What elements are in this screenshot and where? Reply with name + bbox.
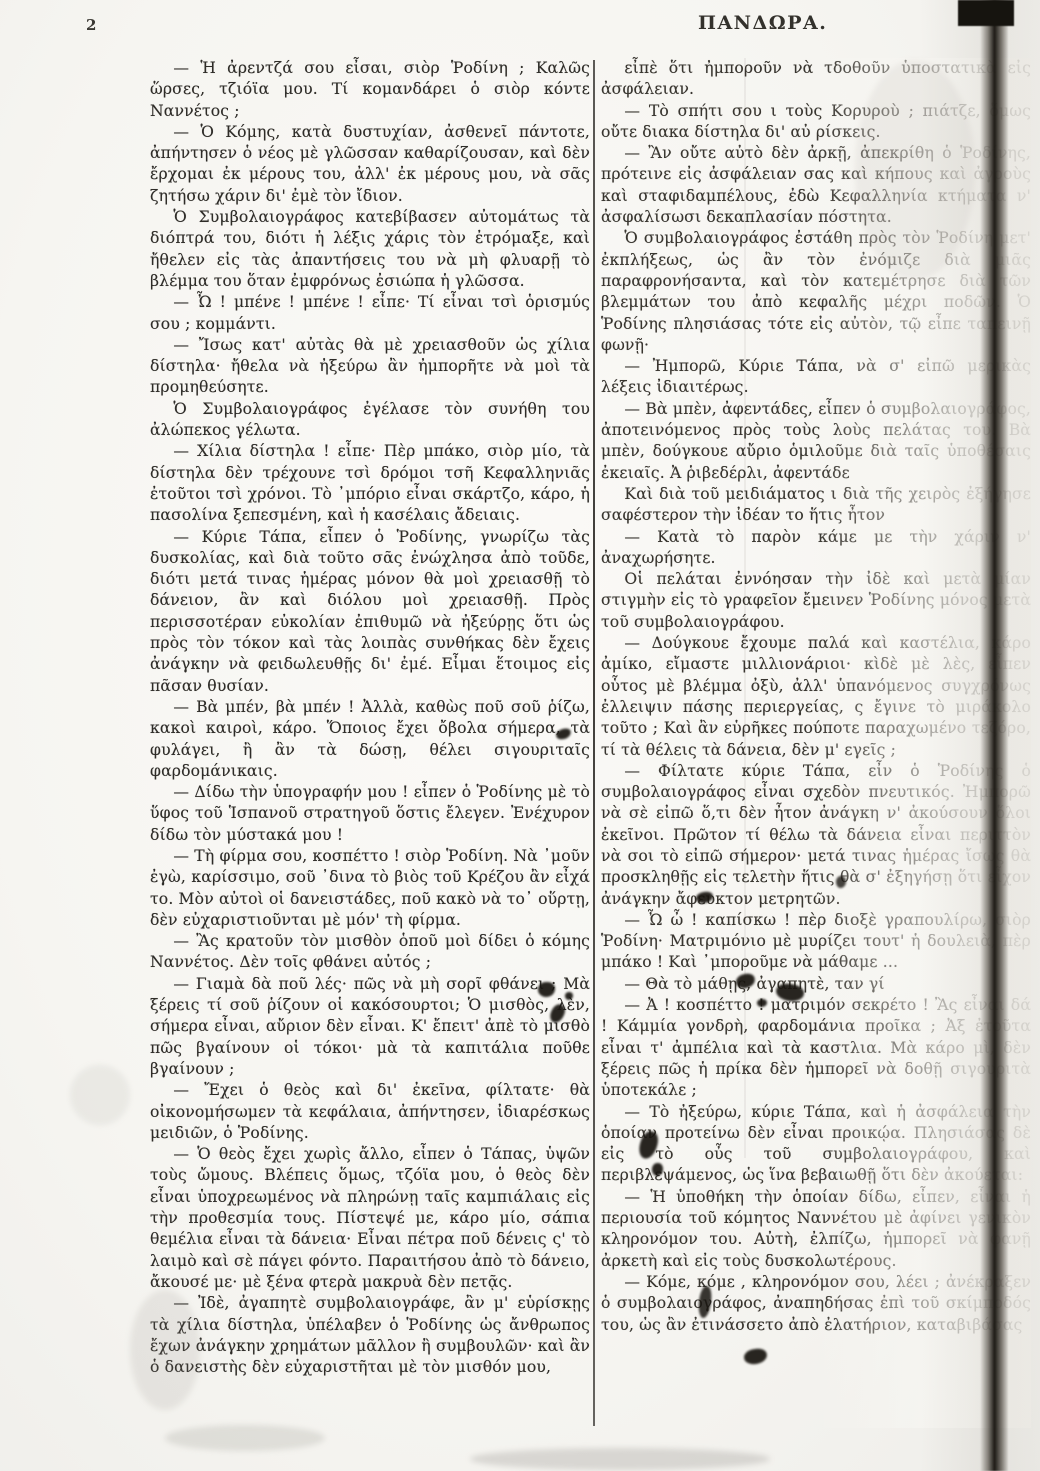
paragraph: — Ὦ ! μπένε ! μπένε ! εἶπε· Τί εἶναι τσὶ…	[150, 292, 590, 335]
header-title: ΠΑΝΔΩΡΑ.	[698, 12, 827, 34]
page-number: 2	[86, 16, 96, 34]
paragraph: — Κόμε, κόμε , κληρονόμον σου, λέει ; ἀν…	[601, 1272, 1031, 1336]
paragraph: — Ἠμπορῶ, Κύριε Τάπα, νὰ σ' εἰπῶ μερικὰς…	[601, 356, 1031, 399]
paragraph: — Θὰ τὸ μάθῃς, ἀγαπητὲ, ταν γί	[601, 974, 1031, 995]
paragraph: — Τὸ ἠξεύρω, κύριε Τάπα, καὶ ἡ ἀσφάλεια …	[601, 1102, 1031, 1187]
paragraph: — Ὁ θεὸς ἔχει χωρὶς ἄλλο, εἶπεν ὁ Τάπας,…	[150, 1144, 590, 1293]
paragraph: — Γιαμὰ δὰ ποῦ λές· πῶς νὰ μὴ σορῖ φθάνε…	[150, 974, 590, 1080]
paragraph: — Βὰ μπέν, βὰ μπέν ! Ἀλλὰ, καθὼς ποῦ σοῦ…	[150, 697, 590, 782]
paragraph: — Βὰ μπὲν, ἀφεντάδες, εἶπεν ὁ συμβολαιογ…	[601, 399, 1031, 484]
paragraph: Καὶ διὰ τοῦ μειδιάματος ι διὰ τῆς χειρὸς…	[601, 484, 1031, 527]
paragraph: — Χίλια δίστηλα ! εἶπε· Πὲρ μπάκο, σιὸρ …	[150, 441, 590, 526]
binding-edge	[980, 0, 1008, 1471]
text-column-left: — Ἡ ἀρεντζά σου εἶσαι, σιὸρ Ῥοδίνη ; Καλ…	[150, 58, 590, 1378]
column-divider	[593, 60, 595, 1426]
paragraph: — Ἡ ἀρεντζά σου εἶσαι, σιὸρ Ῥοδίνη ; Καλ…	[150, 58, 590, 122]
paragraph: — Ἔχει ὁ θεὸς καὶ δι' ἐκεῖνα, φίλτατε· θ…	[150, 1080, 590, 1144]
paragraph: εἶπὲ ὅτι ἠμποροῦν νὰ τδοθοῦν ὑποστατικὰ …	[601, 58, 1031, 101]
paragraph: — Φίλτατε κύριε Τάπα, εἶν ὁ Ῥοδίνης ὁ συ…	[601, 761, 1031, 910]
paragraph: — Κατὰ τὸ παρὸν κάμε με τὴν χάριν ν' ἀνα…	[601, 527, 1031, 570]
paragraph: — Ὁ Κόμης, κατὰ δυστυχίαν, ἀσθενεῖ πάντο…	[150, 122, 590, 207]
paragraph: — Δίδω τὴν ὑπογραφήν μου ! εἶπεν ὁ Ῥοδίν…	[150, 782, 590, 846]
scanned-page: 2 ΠΑΝΔΩΡΑ. — Ἡ ἀρεντζά σου εἶσαι, σιὸρ Ῥ…	[0, 0, 1040, 1471]
paragraph: — Τὴ φίρμα σου, κοσπέττο ! σιὸρ Ῥοδίνη. …	[150, 846, 590, 931]
paragraph: Ὁ Συμβολαιογράφος ἐγέλασε τὸν συνήθη του…	[150, 399, 590, 442]
text-column-right: εἶπὲ ὅτι ἠμποροῦν νὰ τδοθοῦν ὑποστατικὰ …	[601, 58, 1031, 1336]
pencil-smudge	[70, 1065, 130, 1125]
binding-edge-top	[958, 0, 1014, 26]
paper-crease	[744, 58, 746, 1158]
paragraph: — Ἂς κρατοῦν τὸν μισθὸν ὁποῦ μοὶ δίδει ὁ…	[150, 931, 590, 974]
paragraph: Ὁ συμβολαιογράφος ἐστάθη πρὸς τὸν Ῥοδίνη…	[601, 228, 1031, 356]
paragraph: Ὁ Συμβολαιογράφος κατεβίβασεν αὐτομάτως …	[150, 207, 590, 292]
paragraph: — Ἀ ! κοσπέττο ! ματριμόν σεκρέτο ! Ἂς ε…	[601, 995, 1031, 1101]
paragraph: — Τὸ σπήτι σου ι τοὺς Κορυροὺ ; πιάτζε, …	[601, 101, 1031, 144]
paragraph: — Ὦ ὦ ! καπίσκω ! πὲρ διοξὲ γραπουλίρω, …	[601, 910, 1031, 974]
ink-stain	[743, 1347, 768, 1365]
pencil-smudge	[165, 1425, 325, 1451]
paragraph: — Κύριε Τάπα, εἶπεν ὁ Ῥοδίνης, γνωρίζω τ…	[150, 527, 590, 697]
paragraph: — Δούγκουε ἔχουμε παλά καὶ καστέλια, κάρ…	[601, 633, 1031, 761]
paragraph: — Ἰδὲ, ἀγαπητὲ συμβολαιογράφε, ἂν μ' εὑρ…	[150, 1293, 590, 1378]
paragraph: Οἱ πελάται ἐννόησαν τὴν ἰδὲ καὶ μετὰ μία…	[601, 569, 1031, 633]
paragraph: — Ἴσως κατ' αὐτὰς θὰ μὲ χρειασθοῦν ὡς χί…	[150, 335, 590, 399]
pencil-smudge	[470, 1448, 770, 1470]
paragraph: — Ἂν οὔτε αὐτὸ δὲν ἀρκῇ, ἀπεκρίθη ὁ Ῥοδί…	[601, 143, 1031, 228]
paragraph: — Ἡ ὑποθήκη τὴν ὁποίαν δίδω, εἶπεν, εἶνα…	[601, 1187, 1031, 1272]
